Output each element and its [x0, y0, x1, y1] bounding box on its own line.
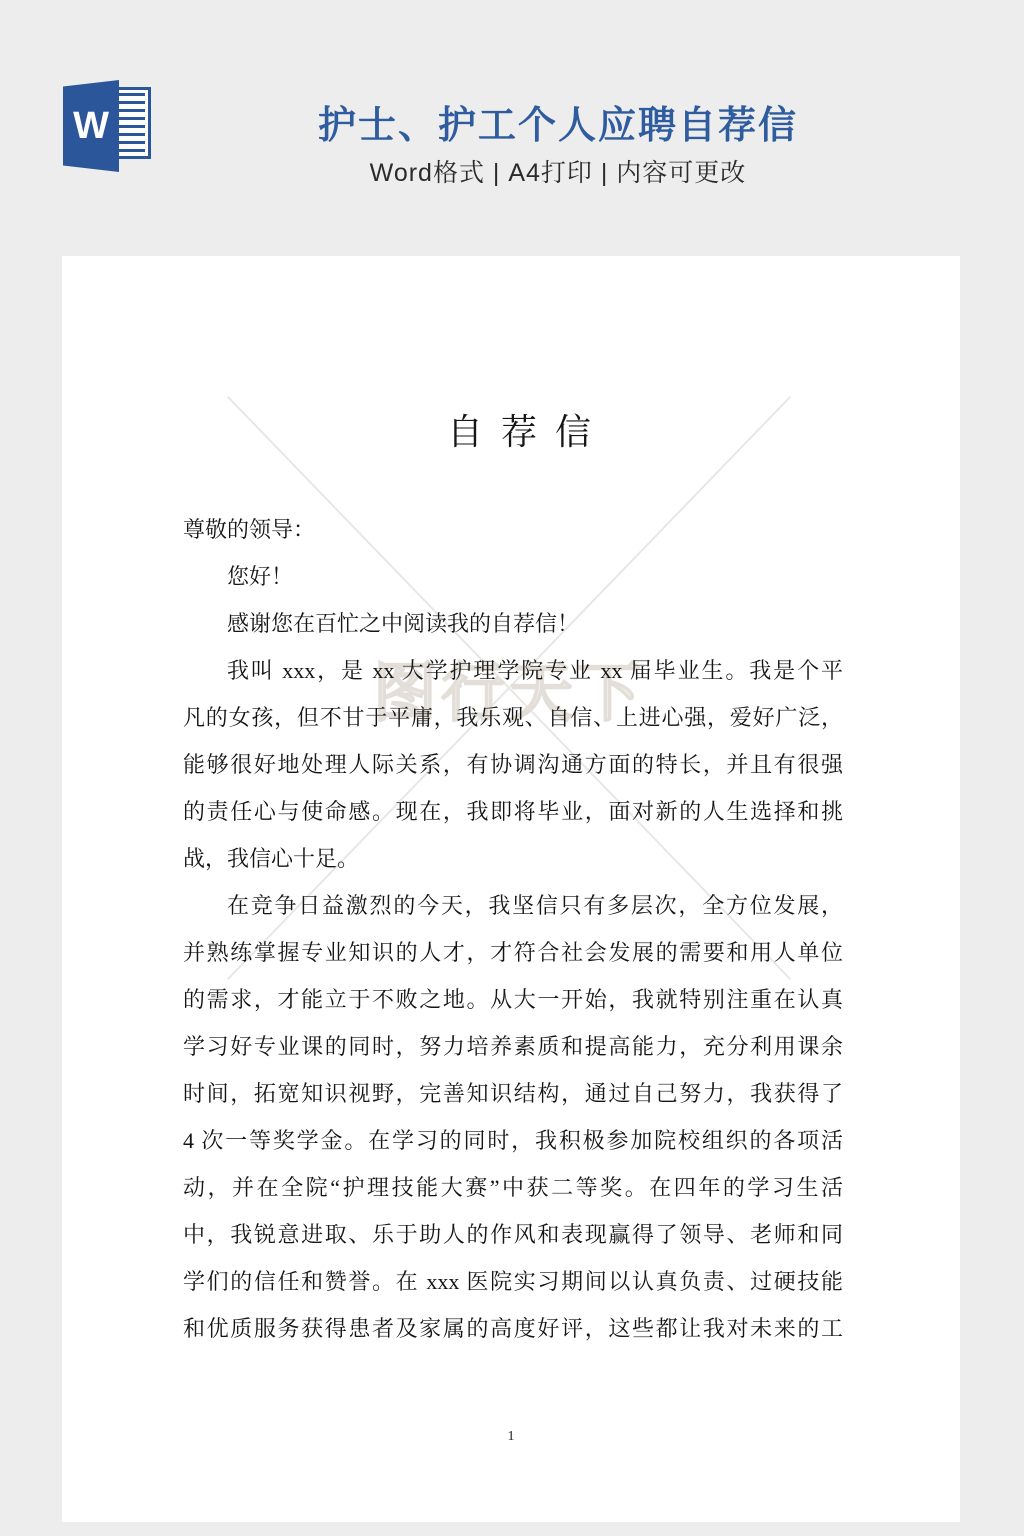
doc-line: 中，我锐意进取、乐于助人的作风和表现赢得了领导、老师和同 — [183, 1211, 843, 1258]
document-page: 图行天下 自 荐 信 尊敬的领导：您好！感谢您在百忙之中阅读我的自荐信！我叫 x… — [62, 256, 960, 1522]
doc-line: 动，并在全院“护理技能大赛”中获二等奖。在四年的学习生活 — [183, 1164, 843, 1211]
header-subtitle: Word格式 | A4打印 | 内容可更改 — [370, 153, 747, 189]
doc-line: 尊敬的领导： — [183, 506, 843, 553]
doc-line: 学习好专业课的同时，努力培养素质和提高能力，充分利用课余 — [183, 1023, 843, 1070]
doc-line: 能够很好地处理人际关系，有协调沟通方面的特长，并且有很强 — [183, 741, 843, 788]
document-body: 尊敬的领导：您好！感谢您在百忙之中阅读我的自荐信！我叫 xxx，是 xx 大学护… — [183, 506, 843, 1352]
doc-line: 战，我信心十足。 — [183, 835, 843, 882]
word-file-icon: W — [63, 80, 153, 172]
doc-line: 我叫 xxx，是 xx 大学护理学院专业 xx 届毕业生。我是个平 — [183, 647, 843, 694]
page-number: 1 — [62, 1428, 960, 1446]
doc-line: 的责任心与使命感。现在，我即将毕业，面对新的人生选择和挑 — [183, 788, 843, 835]
word-icon-letter: W — [73, 107, 109, 145]
header-title: 护士、护工个人应聘自荐信 — [318, 94, 798, 149]
doc-line: 和优质服务获得患者及家属的高度好评，这些都让我对未来的工 — [183, 1305, 843, 1352]
doc-line: 4 次一等奖学金。在学习的同时，我积极参加院校组织的各项活 — [183, 1117, 843, 1164]
doc-line: 的需求，才能立于不败之地。从大一开始，我就特别注重在认真 — [183, 976, 843, 1023]
word-icon-panel: W — [63, 80, 119, 172]
doc-line: 凡的女孩，但不甘于平庸，我乐观、自信、上进心强，爱好广泛， — [183, 694, 843, 741]
doc-line: 在竞争日益激烈的今天，我坚信只有多层次，全方位发展， — [183, 882, 843, 929]
doc-line: 您好！ — [183, 553, 843, 600]
doc-line: 学们的信任和赞誉。在 xxx 医院实习期间以认真负责、过硬技能 — [183, 1258, 843, 1305]
doc-line: 时间，拓宽知识视野，完善知识结构，通过自己努力，我获得了 — [183, 1070, 843, 1117]
template-preview-page: W 护士、护工个人应聘自荐信 Word格式 | A4打印 | 内容可更改 图行天… — [0, 0, 1024, 1536]
doc-line: 并熟练掌握专业知识的人才，才符合社会发展的需要和用人单位 — [183, 929, 843, 976]
header: W 护士、护工个人应聘自荐信 Word格式 | A4打印 | 内容可更改 — [0, 0, 1024, 256]
document-title: 自 荐 信 — [62, 410, 960, 454]
doc-line: 感谢您在百忙之中阅读我的自荐信！ — [183, 600, 843, 647]
